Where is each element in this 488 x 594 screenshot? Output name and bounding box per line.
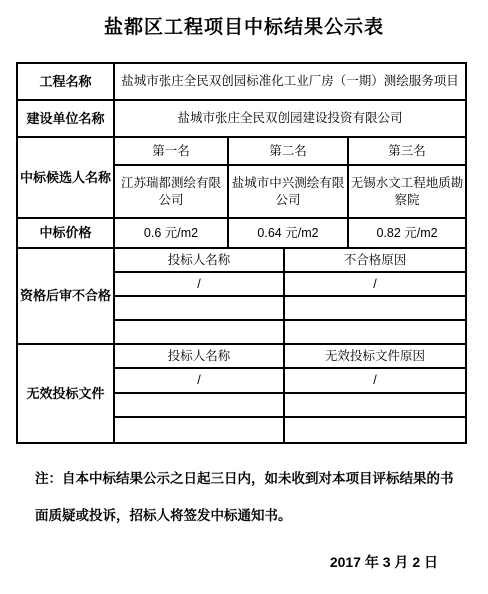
postqual-reason-cell: /: [284, 272, 466, 296]
bid-result-table: 工程名称 盐城市张庄全民双创园标准化工业厂房（一期）测绘服务项目 建设单位名称 …: [16, 62, 467, 444]
project-name-row: 工程名称 盐城市张庄全民双创园标准化工业厂房（一期）测绘服务项目: [17, 63, 466, 100]
postqual-bidder-cell: [114, 320, 284, 344]
candidate-3-name: 无锡水文工程地质勘察院: [348, 165, 466, 218]
price-1-value: 0.6 元/m2: [114, 218, 228, 248]
candidate-1-name: 江苏瑞都测绘有限公司: [114, 165, 228, 218]
price-3-value: 0.82 元/m2: [348, 218, 466, 248]
page-title: 盐都区工程项目中标结果公示表: [0, 0, 488, 40]
date-text: 2017 年 3 月 2 日: [0, 552, 438, 572]
rank-2-header: 第二名: [228, 137, 348, 165]
invalid-reason-cell: /: [284, 368, 466, 393]
invalid-bidder-header: 投标人名称: [114, 344, 284, 368]
owner-label: 建设单位名称: [17, 100, 114, 137]
price-2-value: 0.64 元/m2: [228, 218, 348, 248]
invalid-reason-header: 无效投标文件原因: [284, 344, 466, 368]
owner-row: 建设单位名称 盐城市张庄全民双创园建设投资有限公司: [17, 100, 466, 137]
rank-1-header: 第一名: [114, 137, 228, 165]
price-row: 中标价格 0.6 元/m2 0.64 元/m2 0.82 元/m2: [17, 218, 466, 248]
postqual-reason-cell: [284, 296, 466, 320]
postqual-bidder-cell: /: [114, 272, 284, 296]
postqual-bidder-header: 投标人名称: [114, 248, 284, 272]
invalid-section-label: 无效投标文件: [17, 344, 114, 443]
invalid-bidder-cell: [114, 417, 284, 443]
candidates-label: 中标候选人名称: [17, 137, 114, 218]
invalid-header-row: 无效投标文件 投标人名称 无效投标文件原因: [17, 344, 466, 368]
project-name-label: 工程名称: [17, 63, 114, 100]
postqual-section-label: 资格后审不合格: [17, 248, 114, 344]
candidate-2-name: 盐城市中兴测绘有限公司: [228, 165, 348, 218]
rank-3-header: 第三名: [348, 137, 466, 165]
postqual-bidder-cell: [114, 296, 284, 320]
document-page: 盐都区工程项目中标结果公示表 工程名称 盐城市张庄全民双创园标准化工业厂房（一期…: [0, 0, 488, 594]
postqual-reason-header: 不合格原因: [284, 248, 466, 272]
postqual-header-row: 资格后审不合格 投标人名称 不合格原因: [17, 248, 466, 272]
project-name-value: 盐城市张庄全民双创园标准化工业厂房（一期）测绘服务项目: [114, 63, 466, 100]
rank-header-row: 中标候选人名称 第一名 第二名 第三名: [17, 137, 466, 165]
invalid-bidder-cell: /: [114, 368, 284, 393]
owner-value: 盐城市张庄全民双创园建设投资有限公司: [114, 100, 466, 137]
invalid-reason-cell: [284, 393, 466, 417]
price-label: 中标价格: [17, 218, 114, 248]
postqual-reason-cell: [284, 320, 466, 344]
invalid-bidder-cell: [114, 393, 284, 417]
note-text: 注：自本中标结果公示之日起三日内，如未收到对本项目评标结果的书面质疑或投诉，招标…: [35, 460, 455, 534]
invalid-reason-cell: [284, 417, 466, 443]
